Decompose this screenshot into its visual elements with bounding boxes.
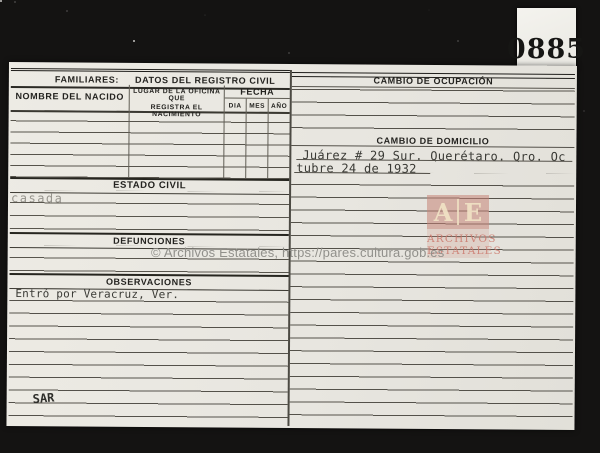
column-lugar-oficina-line1: LUGAR DE LA OFICINA QUE	[130, 88, 224, 103]
familiares-heading: FAMILIARES:	[55, 74, 119, 84]
column-fecha: FECHA	[225, 86, 290, 99]
archive-number-label: 0885	[517, 8, 576, 71]
logo-divider	[457, 199, 459, 225]
ae-logo-monogram: A E	[427, 195, 489, 229]
subcolumn-ano: AÑO	[268, 99, 290, 113]
subcolumn-mes: MES	[246, 99, 268, 113]
ocupacion-ruled-lines	[292, 77, 575, 131]
logo-name-line1: ARCHIVOS	[427, 233, 489, 245]
datos-registro-civil-heading: DATOS DEL REGISTRO CIVIL	[135, 74, 275, 85]
estado-civil-ruled-lines	[10, 190, 289, 234]
logo-letter-a: A	[434, 198, 453, 227]
annotation-code: SAR	[32, 390, 55, 406]
left-table-ruled-grid	[10, 110, 289, 179]
dust-specks	[0, 0, 2, 2]
logo-letter-e: E	[464, 198, 482, 227]
copyright-watermark: © Archivos Estatales, https://pares.cult…	[151, 245, 444, 260]
lower-left-ruled-lines	[8, 288, 288, 426]
column-nombre-del-nacido: NOMBRE DEL NACIDO	[11, 84, 129, 111]
